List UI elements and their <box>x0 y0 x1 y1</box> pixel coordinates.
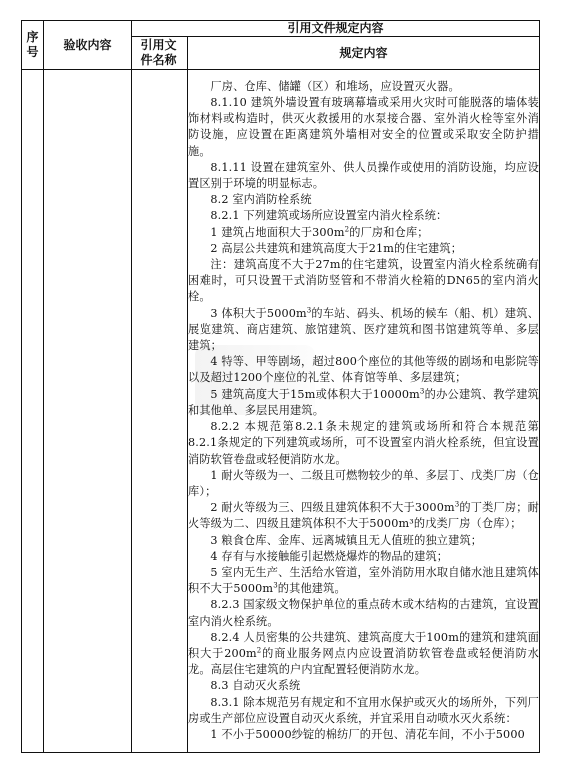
cell-specified-content: 厂房、仓库、储罐（区）和堆场，应设置灭火器。8.1.10 建筑外墙设置有玻璃幕墙… <box>188 70 540 753</box>
spec-paragraph: 8.1.11 设置在建筑室外、供人员操作或使用的消防设施，均应设置区别于环境的明… <box>188 160 539 192</box>
spec-paragraph: 3 体积大于5000m3的车站、码头、机场的候车（船、机）建筑、展览建筑、商店建… <box>188 306 539 355</box>
spec-paragraph: 8.3.1 除本规范另有规定和不宜用水保护或灭火的场所外，下列厂房或生产部位应设… <box>188 695 539 727</box>
spec-paragraph: 8.2.2 本规范第8.2.1条未规定的建筑或场所和符合本规范第8.2.1条规定… <box>188 419 539 468</box>
spec-paragraph: 4 存有与水接触能引起燃烧爆炸的物品的建筑； <box>188 549 539 565</box>
spec-paragraph: 8.3 自动灭火系统 <box>188 678 539 694</box>
header-acceptance-content: 验收内容 <box>44 21 132 70</box>
spec-paragraph: 2 耐火等级为三、四级且建筑体积不大于3000m3的丁类厂房；耐火等级为二、四级… <box>188 500 539 532</box>
superscript: 3 <box>307 306 312 314</box>
cell-referenced-file-name <box>132 70 188 753</box>
spec-paragraph: 8.2.3 国家级文物保护单位的重点砖木或木结构的古建筑，宜设置室内消火栓系统。 <box>188 597 539 629</box>
spec-paragraph: 8.2.4 人员密集的公共建筑、建筑高度大于100m的建筑和建筑面积大于200m… <box>188 630 539 679</box>
superscript: 3 <box>273 581 278 589</box>
table-row: 厂房、仓库、储罐（区）和堆场，应设置灭火器。8.1.10 建筑外墙设置有玻璃幕墙… <box>22 70 540 753</box>
spec-paragraph: 8.1.10 建筑外墙设置有玻璃幕墙或采用火灾时可能脱落的墙体装饰材料或构造时，… <box>188 95 539 160</box>
spec-paragraph: 8.2.1 下列建筑或场所应设置室内消火栓系统： <box>188 208 539 224</box>
spec-paragraph: 5 建筑高度大于15m或体积大于10000m3的办公建筑、教学建筑和其他单、多层… <box>188 387 539 419</box>
spec-paragraph: 1 耐火等级为一、二级且可燃物较少的单、多层丁、戊类厂房（仓库）； <box>188 468 539 500</box>
spec-paragraph: 5 室内无生产、生活给水管道，室外消防用水取自储水池且建筑体积不大于5000m3… <box>188 565 539 597</box>
document-page: 序号 验收内容 引用文件规定内容 引用文件名称 规定内容 厂房、仓库、储罐（区）… <box>0 0 563 767</box>
header-specified-content: 规定内容 <box>188 37 540 70</box>
superscript: 2 <box>257 646 262 654</box>
acceptance-spec-table: 序号 验收内容 引用文件规定内容 引用文件名称 规定内容 厂房、仓库、储罐（区）… <box>21 20 540 753</box>
spec-paragraph: 厂房、仓库、储罐（区）和堆场，应设置灭火器。 <box>188 79 539 95</box>
superscript: 2 <box>345 225 350 233</box>
superscript: 3 <box>420 387 425 395</box>
spec-paragraph: 8.2 室内消防栓系统 <box>188 192 539 208</box>
cell-acceptance-content <box>44 70 132 753</box>
spec-paragraph: 4 特等、甲等剧场，超过800个座位的其他等级的剧场和电影院等以及超过1200个… <box>188 354 539 386</box>
superscript: 3 <box>455 500 460 508</box>
spec-paragraph: 1 建筑占地面积大于300m2的厂房和仓库； <box>188 225 539 241</box>
header-seq: 序号 <box>22 21 44 70</box>
cell-seq <box>22 70 44 753</box>
spec-paragraph: 3 粮食仓库、金库、远离城镇且无人值班的独立建筑； <box>188 533 539 549</box>
spec-paragraph: 注：建筑高度不大于27m的住宅建筑，设置室内消火栓系统确有困难时，可只设置干式消… <box>188 257 539 306</box>
spec-paragraph: 2 高层公共建筑和建筑高度大于21m的住宅建筑； <box>188 241 539 257</box>
header-referenced-file-name: 引用文件名称 <box>132 37 188 70</box>
header-referenced-group: 引用文件规定内容 <box>132 21 540 37</box>
spec-paragraph: 1 不小于50000纱锭的棉纺厂的开包、清花车间，不小于5000 <box>188 727 539 743</box>
